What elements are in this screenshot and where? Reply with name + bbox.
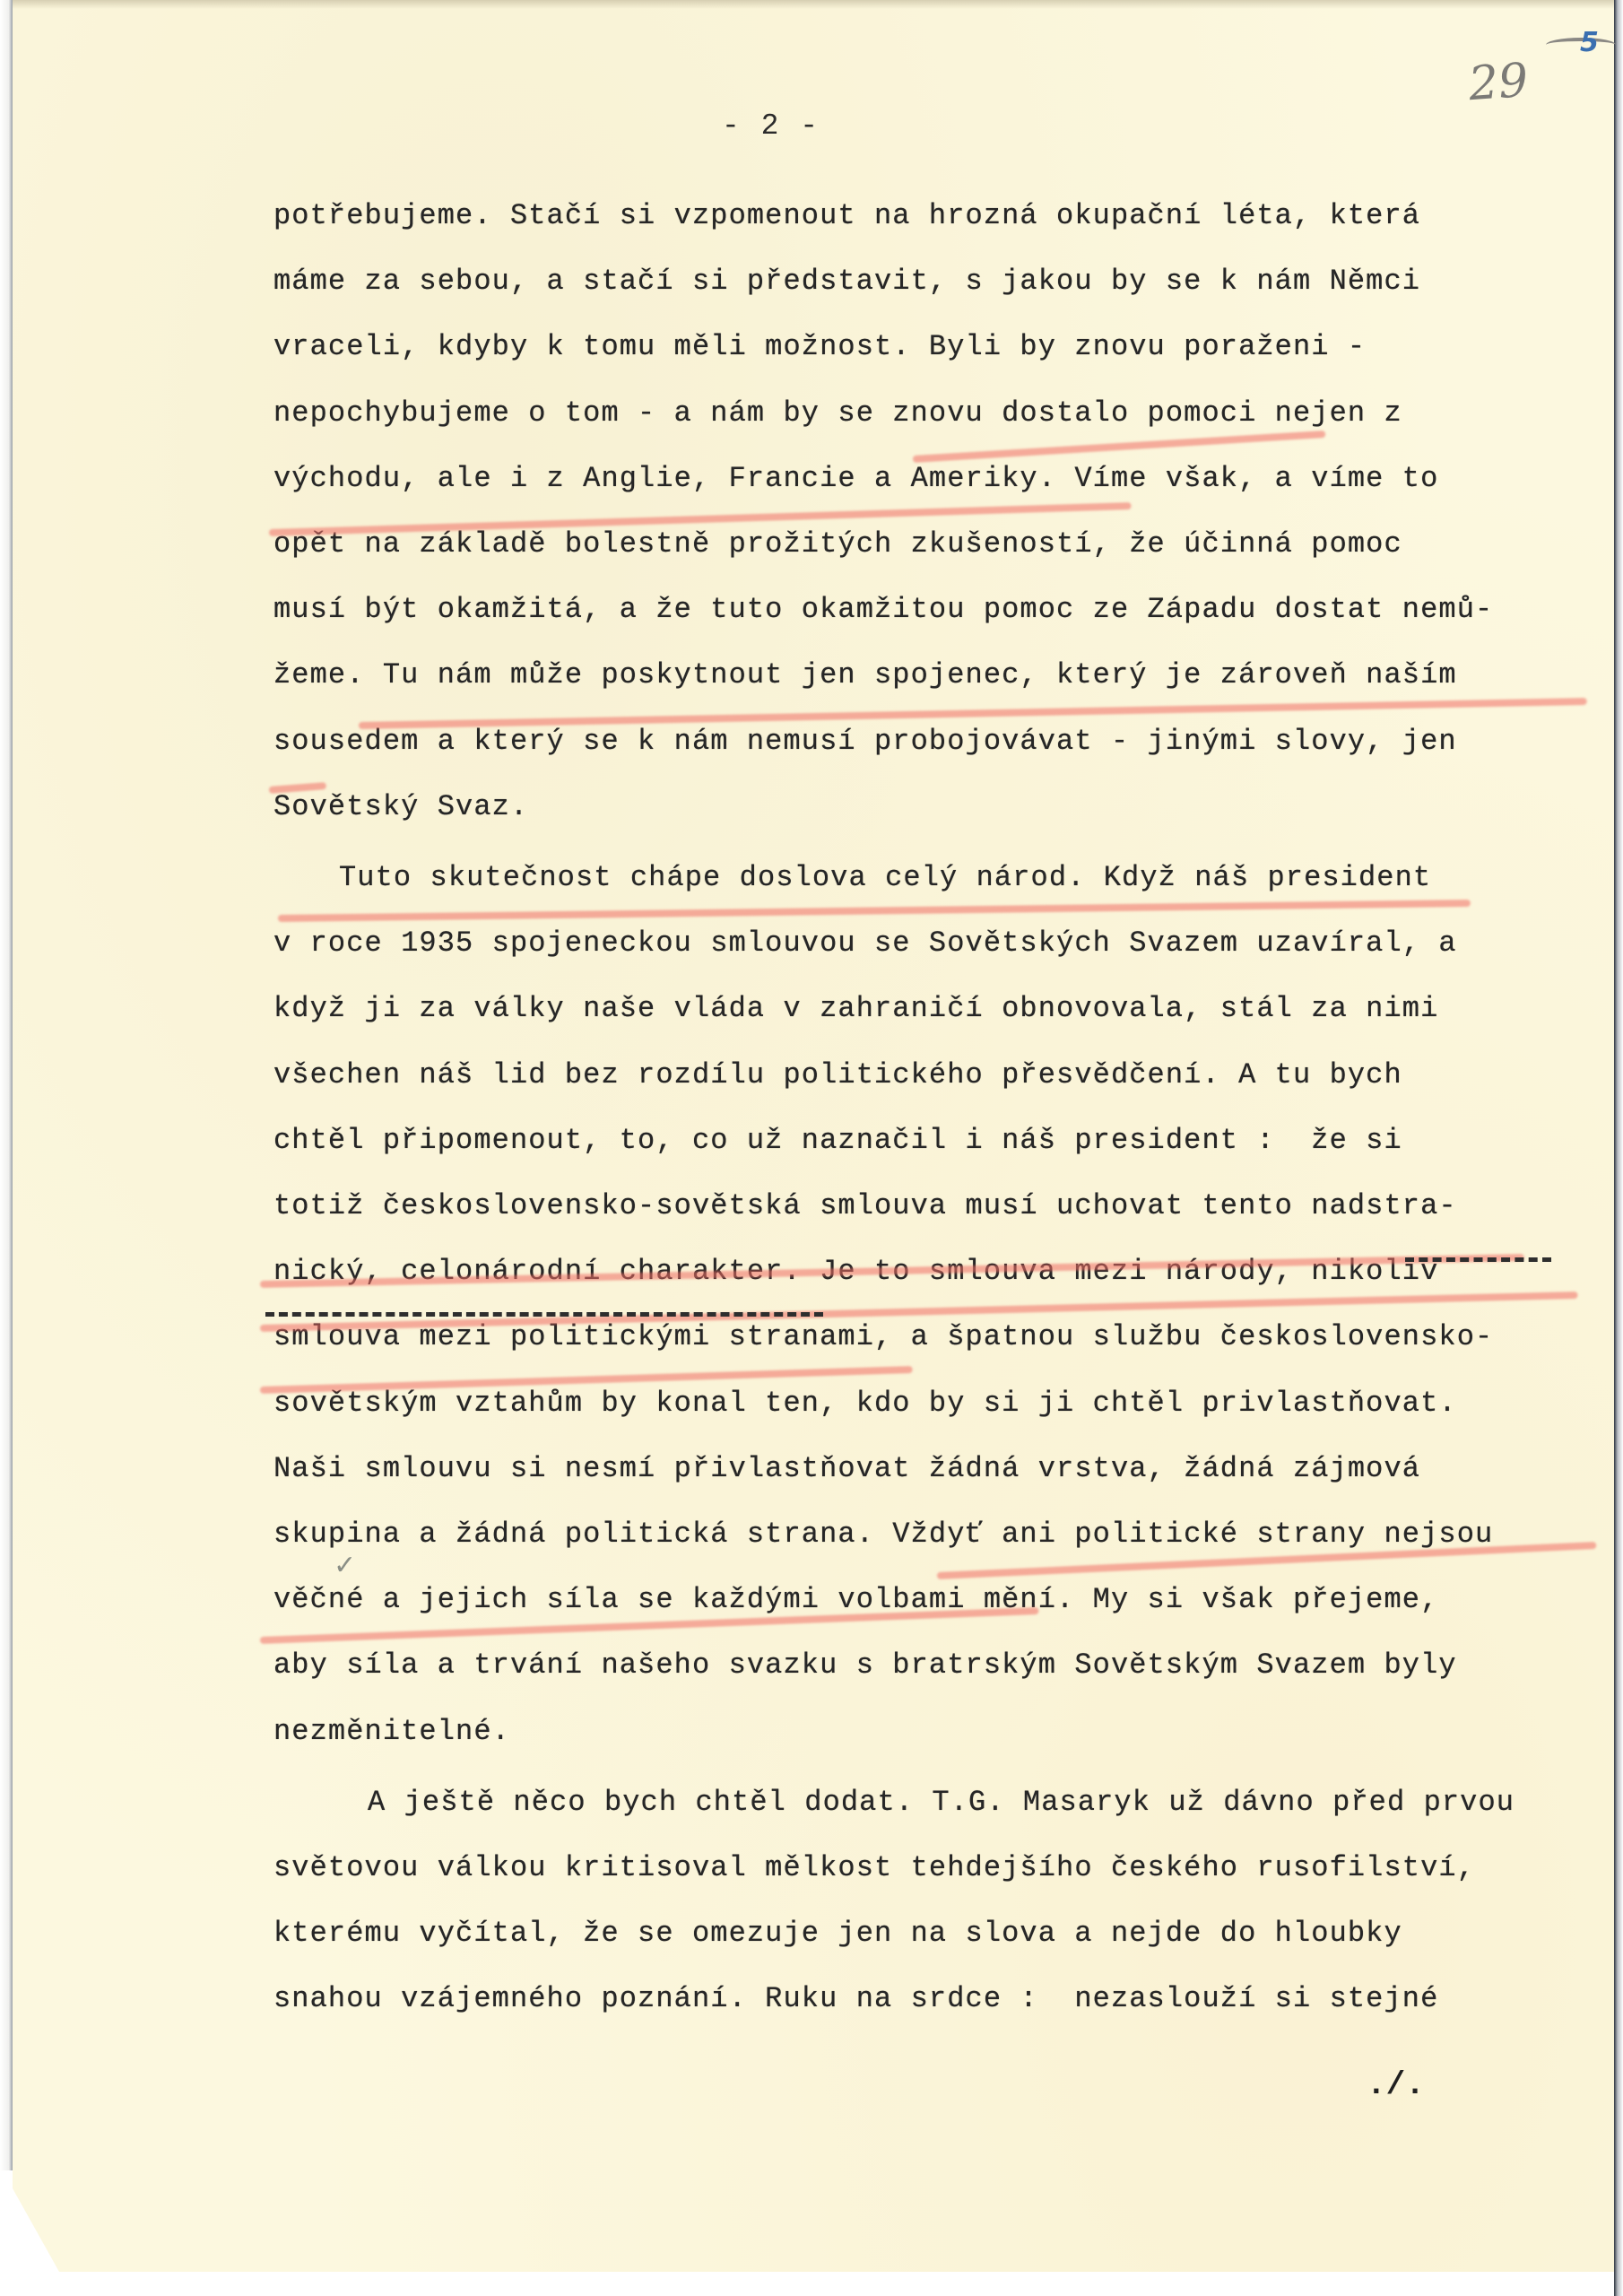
text-line: všechen náš lid bez rozdílu politického …: [273, 1058, 1402, 1091]
text-line: když ji za války naše vláda v zahraničí …: [273, 992, 1438, 1025]
scan-edge-left: [0, 0, 13, 2170]
text-line: chtěl připomenout, to, co už naznačil i …: [273, 1124, 1402, 1157]
text-line: světovou válkou kritisoval mělkost tehde…: [273, 1851, 1475, 1884]
text-line: v roce 1935 spojeneckou smlouvou se Sově…: [273, 926, 1457, 960]
text-line: nepochybujeme o tom - a nám by se znovu …: [273, 396, 1402, 430]
text-line: žeme. Tu nám může poskytnout jen spojene…: [273, 658, 1457, 691]
handwritten-folio-number: 29: [1467, 54, 1530, 111]
text-line: opět na základě bolestně prožitých zkuše…: [273, 527, 1402, 561]
text-line: Naši smlouvu si nesmí přivlastňovat žádn…: [273, 1452, 1420, 1485]
typed-underline: [1405, 1257, 1551, 1262]
continuation-mark: ./.: [1367, 2066, 1425, 2103]
text-line: sovětským vztahům by konal ten, kdo by s…: [273, 1387, 1457, 1420]
scan-edge-right: [1614, 0, 1623, 2296]
typed-underline: [265, 1312, 823, 1317]
text-line: kterému vyčítal, že se omezuje jen na sl…: [273, 1917, 1402, 1950]
check-mark-icon: ✓: [334, 1550, 356, 1581]
text-line: sousedem a který se k nám nemusí probojo…: [273, 725, 1457, 758]
text-line: totiž československo-sovětská smlouva mu…: [273, 1189, 1457, 1222]
text-line: věčné a jejich síla se každými volbami m…: [273, 1583, 1438, 1616]
text-line: nezměnitelné.: [273, 1715, 510, 1748]
text-line: aby síla a trvání našeho svazku s bratrs…: [273, 1648, 1457, 1682]
text-line: A ještě něco bych chtěl dodat. T.G. Masa…: [368, 1786, 1515, 1819]
scan-edge-top: [13, 0, 1614, 9]
text-line: potřebujeme. Stačí si vzpomenout na hroz…: [273, 199, 1420, 232]
text-line: máme za sebou, a stačí si představit, s …: [273, 265, 1420, 298]
text-line: vraceli, kdyby k tomu měli možnost. Byli…: [273, 330, 1366, 363]
text-line: snahou vzájemného poznání. Ruku na srdce…: [273, 1982, 1438, 2015]
text-line: skupina a žádná politická strana. Vždyť …: [273, 1518, 1493, 1551]
handwritten-folio-correction: 5: [1580, 27, 1599, 58]
page-number: - 2 -: [722, 109, 820, 143]
text-line: Sovětský Svaz.: [273, 790, 528, 823]
text-line: musí být okamžitá, a že tuto okamžitou p…: [273, 593, 1493, 626]
text-line: východu, ale i z Anglie, Francie a Ameri…: [273, 462, 1438, 495]
text-line: Tuto skutečnost chápe doslova celý národ…: [339, 861, 1431, 894]
